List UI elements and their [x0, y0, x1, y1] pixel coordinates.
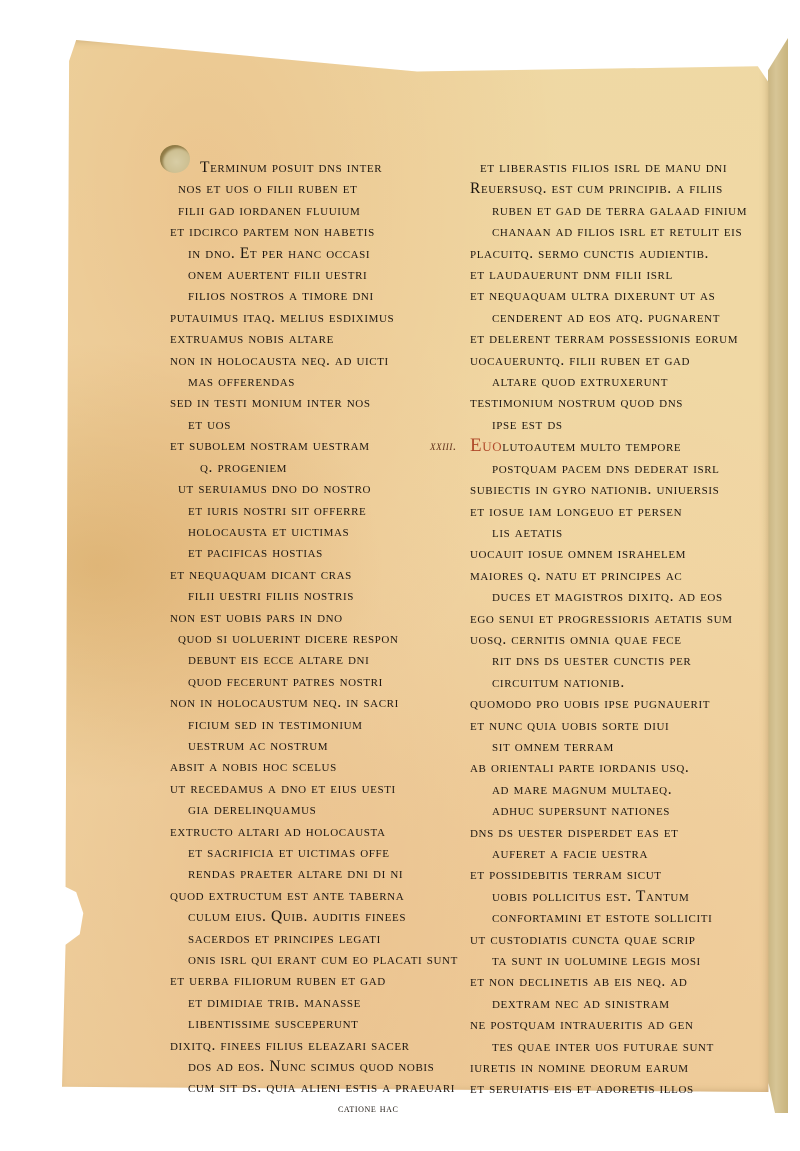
text-line: q. progeniem	[178, 457, 458, 478]
text-line: culum eius. Quib. auditis finees	[178, 906, 458, 927]
right-text-column: et liberastis filios isrl de manu dniReu…	[470, 157, 747, 1100]
text-line: libentissime susceperunt	[178, 1013, 458, 1034]
text-line: uosq. cernitis omnia quae fece	[470, 629, 747, 650]
text-line: maiores q. natu et principes ac	[470, 565, 747, 586]
text-line: holocausta et uictimas	[178, 521, 458, 542]
text-line: uocaueruntq. filii ruben et gad	[470, 350, 747, 371]
chapter-numeral: xxiii.	[430, 435, 457, 456]
text-line: chanaan ad filios isrl et retulit eis	[470, 221, 747, 242]
text-line: mas offerendas	[178, 371, 458, 392]
text-line: rit dns ds uester cunctis per	[470, 650, 747, 671]
text-line: onis isrl qui erant cum eo placati sunt	[178, 949, 458, 970]
text-line: Terminum posuit dns inter	[178, 157, 458, 178]
text-line: placuitq. sermo cunctis audientib.	[470, 243, 747, 264]
text-line: quod extructum est ante taberna	[170, 885, 458, 906]
text-line: duces et magistros dixitq. ad eos	[470, 586, 747, 607]
text-line: et liberastis filios isrl de manu dni	[470, 157, 747, 178]
text-line: catione hac	[178, 1099, 458, 1120]
text-line: non in holocausta neq. ad uicti	[170, 350, 458, 371]
text-line: et nequaquam ultra dixerunt ut as	[470, 285, 747, 306]
text-line: ruben et gad de terra galaad finium	[470, 200, 747, 221]
text-line: cenderent ad eos atq. pugnarent	[470, 307, 747, 328]
rubricated-initial: Euo	[470, 435, 502, 456]
text-line: ut custodiatis cuncta quae scrip	[470, 929, 747, 950]
text-line: filii gad iordanen fluuium	[178, 200, 458, 221]
text-line: onem auertent filii uestri	[178, 264, 458, 285]
text-line: et possidebitis terram sicut	[470, 864, 747, 885]
text-line: filios nostros a timore dni	[178, 285, 458, 306]
text-line: Reuersusq. est cum principib. a filiis	[470, 178, 747, 199]
text-line: et uerba filiorum ruben et gad	[170, 970, 458, 991]
text-line: subiectis in gyro nationib. uniuersis	[470, 479, 747, 500]
text-line: extructo altari ad holocausta	[170, 821, 458, 842]
text-line: filii uestri filiis nostris	[178, 585, 458, 606]
text-line: ad mare magnum multaeq.	[470, 779, 747, 800]
text-line: dixitq. finees filius eleazari sacer	[170, 1035, 458, 1056]
text-line: nos et uos o filii ruben et	[178, 178, 458, 199]
text-line: absit a nobis hoc scelus	[170, 756, 458, 777]
text-line: ne postquam intraueritis ad gen	[470, 1014, 747, 1035]
text-line: quod fecerunt patres nostri	[178, 671, 458, 692]
text-line: extruamus nobis altare	[170, 328, 458, 349]
text-line: circuitum nationib.	[470, 672, 747, 693]
text-line: ab orientali parte iordanis usq.	[470, 757, 747, 778]
text-line: et non declinetis ab eis neq. ad	[470, 971, 747, 992]
text-line: rendas praeter altare dni di ni	[178, 863, 458, 884]
text-line: et idcirco partem non habetis	[170, 221, 458, 242]
text-line: gia derelinquamus	[178, 799, 458, 820]
text-line: non in holocaustum neq. in sacri	[170, 692, 458, 713]
text-line: altare quod extruxerunt	[470, 371, 747, 392]
text-line: postquam pacem dns dederat isrl	[470, 458, 747, 479]
text-line: sacerdos et principes legati	[178, 928, 458, 949]
text-line: ego senui et progressioris aetatis sum	[470, 608, 747, 629]
text-line: et seruiatis eis et adoretis illos	[470, 1078, 747, 1099]
left-text-column: Terminum posuit dns internos et uos o fi…	[178, 157, 458, 1120]
text-line: ut seruiamus dno do nostro	[178, 478, 458, 499]
text-line: ipse est ds	[470, 414, 747, 435]
text-line: et sacrificia et uictimas offe	[178, 842, 458, 863]
text-line: et iuris nostri sit offerre	[178, 500, 458, 521]
text-line: et delerent terram possessionis eorum	[470, 328, 747, 349]
text-line: auferet a facie uestra	[470, 843, 747, 864]
text-line: putauimus itaq. melius esdiximus	[170, 307, 458, 328]
text-line: sed in testi monium inter nos	[170, 392, 458, 413]
text-line: quomodo pro uobis ipse pugnauerit	[470, 693, 747, 714]
text-line: debunt eis ecce altare dni	[178, 649, 458, 670]
text-line: et iosue iam longeuo et persen	[470, 501, 747, 522]
text-line: non est uobis pars in dno	[170, 607, 458, 628]
text-line: uocauit iosue omnem israhelem	[470, 543, 747, 564]
text-line: uestrum ac nostrum	[178, 735, 458, 756]
text-line: et subolem nostram uestram	[170, 435, 458, 456]
text-line: et dimidiae trib. manasse	[178, 992, 458, 1013]
adjacent-leaf-edge	[768, 38, 788, 1113]
text-line: iuretis in nomine deorum earum	[470, 1057, 747, 1078]
text-line: xxiii.Euolutoautem multo tempore	[470, 435, 747, 457]
text-line: dns ds uester disperdet eas et	[470, 822, 747, 843]
text-line: sit omnem terram	[470, 736, 747, 757]
text-line: cum sit ds. quia alieni estis a praeuari	[178, 1077, 458, 1098]
text-line: in dno. Et per hanc occasi	[178, 243, 458, 264]
text-line: dos ad eos. Nunc scimus quod nobis	[178, 1056, 458, 1077]
rubric-line-text: lutoautem multo tempore	[502, 438, 681, 455]
text-line: testimonium nostrum quod dns	[470, 392, 747, 413]
text-line: adhuc supersunt nationes	[470, 800, 747, 821]
text-line: et pacificas hostias	[178, 542, 458, 563]
text-line: ut recedamus a dno et eius uesti	[170, 778, 458, 799]
text-line: tes quae inter uos futurae sunt	[470, 1036, 747, 1057]
text-line: et laudauerunt dnm filii isrl	[470, 264, 747, 285]
text-line: quod si uoluerint dicere respon	[178, 628, 458, 649]
text-line: lis aetatis	[470, 522, 747, 543]
text-line: et nequaquam dicant cras	[170, 564, 458, 585]
text-line: uobis pollicitus est. Tantum	[470, 886, 747, 907]
text-line: ta sunt in uolumine legis mosi	[470, 950, 747, 971]
text-line: et nunc quia uobis sorte diui	[470, 715, 747, 736]
text-line: confortamini et estote solliciti	[470, 907, 747, 928]
text-line: et uos	[178, 414, 458, 435]
text-line: dextram nec ad sinistram	[470, 993, 747, 1014]
text-line: ficium sed in testimonium	[178, 714, 458, 735]
